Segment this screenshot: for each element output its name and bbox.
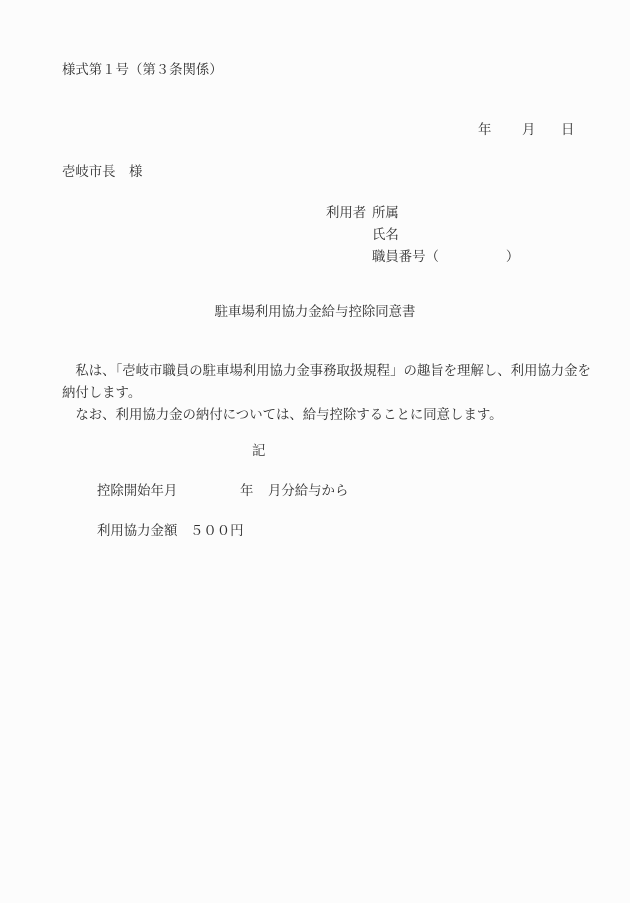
form-number: 様式第１号（第３条関係）: [62, 62, 223, 78]
document-page: 様式第１号（第３条関係） 年 月 日 壱岐市長 様 利用者 所属 氏名 職員番号…: [0, 0, 630, 903]
section-marker-ki: 記: [252, 443, 265, 459]
applicant-role-label: 利用者: [326, 205, 366, 221]
deduction-start-year-label: 年: [240, 483, 253, 499]
body-line: なお、利用協力金の納付については、給与控除することに同意します。: [62, 407, 503, 423]
applicant-name-label: 氏名: [372, 227, 399, 243]
body-line: 納付します。: [62, 385, 141, 401]
date-month-label: 月: [522, 122, 535, 138]
deduction-start-row: 控除開始年月 年 月分給与から: [0, 483, 630, 499]
deduction-start-suffix: 月分給与から: [268, 483, 348, 499]
document-title: 駐車場利用協力金給与控除同意書: [0, 304, 630, 320]
addressee: 壱岐市長 様: [62, 164, 142, 180]
fee-amount-row: 利用協力金額 ５００円: [0, 523, 630, 539]
applicant-affiliation-label: 所属: [372, 205, 399, 221]
fee-amount-label: 利用協力金額: [97, 523, 177, 539]
issue-date-line: 年 月 日: [0, 122, 630, 138]
body-line: 私は、「壱岐市職員の駐車場利用協力金事務取扱規程」の趣旨を理解し、利用協力金を: [62, 363, 591, 379]
applicant-employee-number-label: 職員番号（ ）: [372, 249, 519, 265]
date-day-label: 日: [561, 122, 574, 138]
fee-amount-value: ５００円: [190, 523, 244, 539]
deduction-start-label: 控除開始年月: [97, 483, 177, 499]
date-year-label: 年: [478, 122, 491, 138]
